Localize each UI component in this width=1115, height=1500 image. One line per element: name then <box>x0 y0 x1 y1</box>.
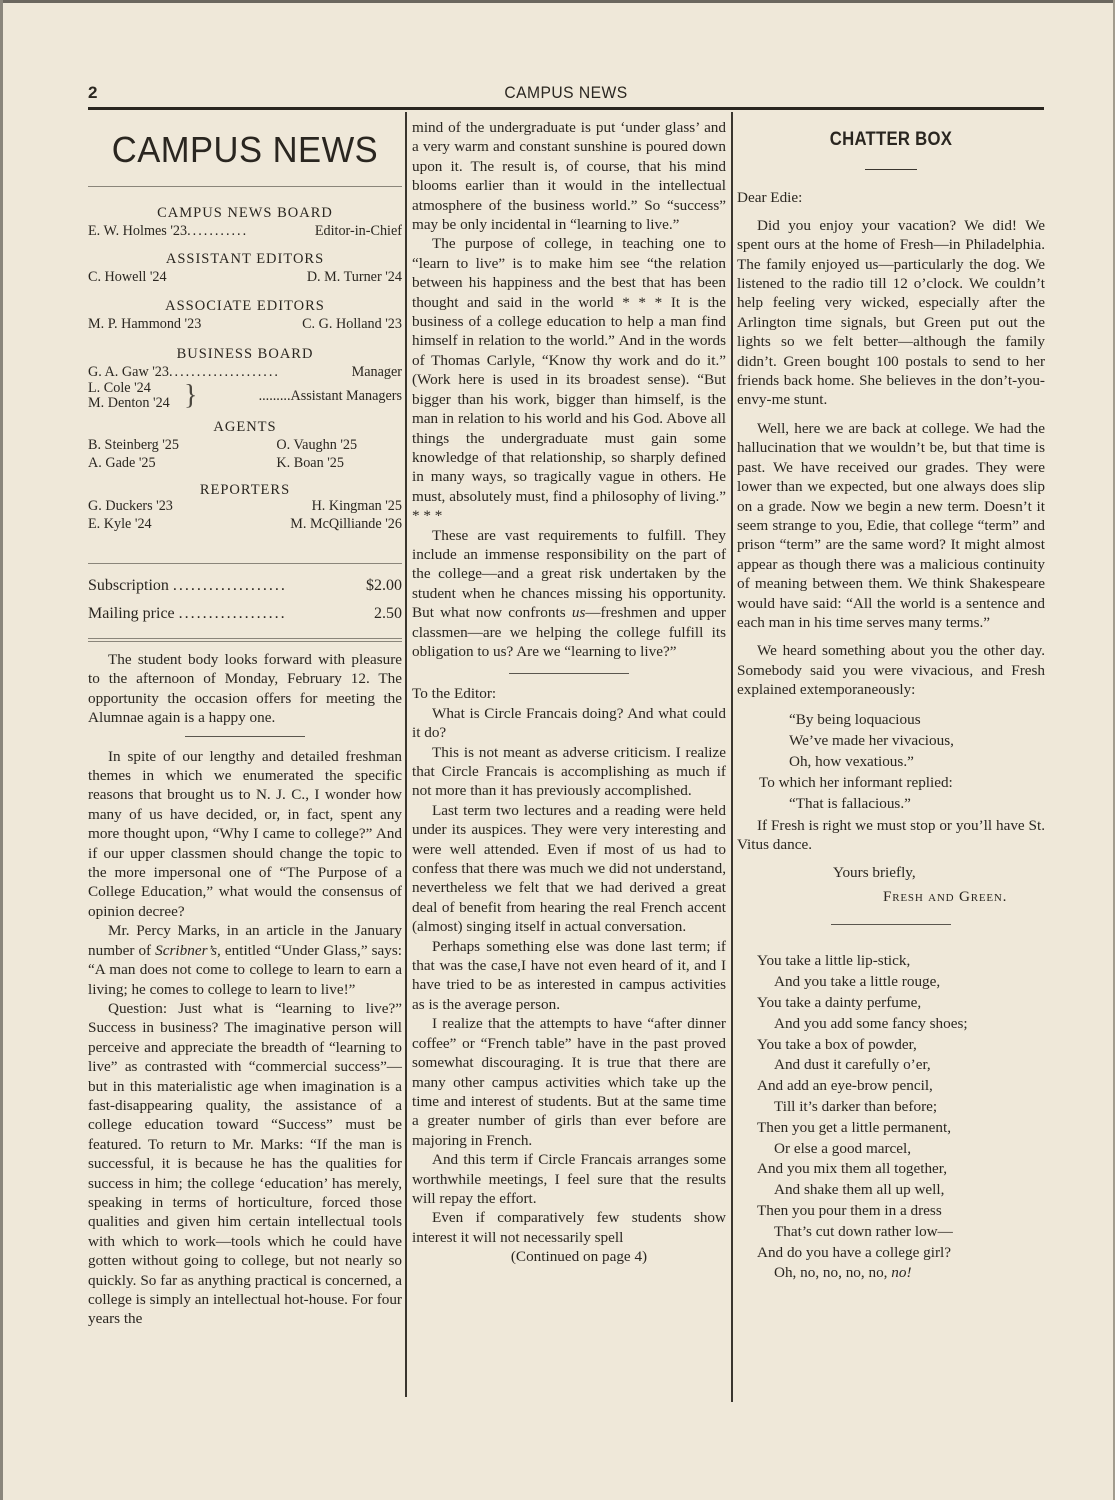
leader-dots: ........... <box>187 223 315 241</box>
manager-row: G. A. Gaw '23 .................... Manag… <box>88 364 402 382</box>
board-title: CAMPUS NEWS BOARD <box>88 203 402 223</box>
reporter: M. McQilliande '26 <box>290 516 402 534</box>
price-row-subscription: Subscription ................... $2.00 <box>88 572 402 600</box>
publication-title: Scribner’s, <box>155 942 221 959</box>
price-value: $2.00 <box>366 572 402 600</box>
poem-line: Then you pour them in a dress <box>737 1201 1045 1222</box>
reporters-row: E. Kyle '24 M. McQilliande '26 <box>88 516 402 534</box>
leader-dots: .................... <box>169 364 352 382</box>
assistant-managers-group: L. Cole '24 M. Denton '24 } .........Ass… <box>88 381 402 411</box>
poem-line: And add an eye-brow pencil, <box>737 1076 1045 1097</box>
continued-link[interactable]: (Continued on page 4) <box>412 1247 726 1266</box>
assistant-managers-role: .........Assistant Managers <box>199 389 402 404</box>
masthead-title: CAMPUS NEWS <box>94 128 395 172</box>
assistant-editor: C. Howell '24 <box>88 269 167 287</box>
poem-line: And you take a little rouge, <box>737 972 1045 993</box>
leader-dots: .................. <box>175 600 374 628</box>
assistant-manager: M. Denton '24 <box>88 396 184 411</box>
verse-line: We’ve made her vivacious, <box>737 730 1045 751</box>
assistant-editors-heading: ASSISTANT EDITORS <box>88 249 402 269</box>
associate-editors-row: M. P. Hammond '23 C. G. Holland '23 <box>88 316 402 334</box>
editorial-paragraph: These are vast requirements to fulfill. … <box>412 526 726 662</box>
column-right: CHATTER BOX Dear Edie: Did you enjoy you… <box>737 118 1045 1284</box>
reporters-heading: REPORTERS <box>88 482 402 498</box>
poem-line: And you mix them all together, <box>737 1159 1045 1180</box>
poem-line: And shake them all up well, <box>737 1180 1045 1201</box>
editor-in-chief-name: E. W. Holmes '23 <box>88 223 187 241</box>
editorial-paragraph: Question: Just what is “learning to live… <box>88 999 402 1329</box>
separator-rule <box>509 673 629 674</box>
alumnae-note: The student body looks forward with plea… <box>88 650 402 728</box>
running-header: 2 CAMPUS NEWS <box>88 83 1044 105</box>
associate-editor: M. P. Hammond '23 <box>88 316 201 334</box>
price-label: Mailing price <box>88 600 175 628</box>
signature: Fresh and Green. <box>737 884 1045 910</box>
editorial-paragraph: Mr. Percy Marks, in an article in the Ja… <box>88 921 402 999</box>
associate-editors-heading: ASSOCIATE EDITORS <box>88 296 402 316</box>
page-number: 2 <box>88 83 97 103</box>
column-divider-1 <box>405 112 407 1397</box>
verse-line: Oh, how vexatious.” <box>737 751 1045 772</box>
price-value: 2.50 <box>374 600 402 628</box>
agent: A. Gade '25 <box>88 455 261 473</box>
poem-line: Then you get a little permanent, <box>737 1118 1045 1139</box>
leader-dots: ................... <box>169 572 366 600</box>
editorial-paragraph: In spite of our lengthy and detailed fre… <box>88 747 402 922</box>
column-left: CAMPUS NEWS CAMPUS NEWS BOARD E. W. Holm… <box>88 118 402 1329</box>
agents-row: A. Gade '25 K. Boan '25 <box>88 455 402 473</box>
letter-paragraph: And this term if Circle Francais arrange… <box>412 1150 726 1208</box>
poem-line: That’s cut down rather low— <box>737 1222 1045 1243</box>
section-rule <box>88 563 402 564</box>
chatter-paragraph: We heard something about you the other d… <box>737 641 1045 699</box>
assistant-manager: L. Cole '24 <box>88 381 184 396</box>
letter-salutation: To the Editor: <box>412 684 726 703</box>
associate-editor: C. G. Holland '23 <box>302 316 402 334</box>
chatter-paragraph: Well, here we are back at college. We ha… <box>737 419 1045 632</box>
chatter-closing: If Fresh is right we must stop or you’ll… <box>737 816 1045 855</box>
letter-paragraph: Perhaps something else was done last ter… <box>412 937 726 1015</box>
price-list: Subscription ................... $2.00 M… <box>88 572 402 628</box>
title-rule <box>865 169 917 170</box>
reporter: G. Duckers '23 <box>88 498 173 516</box>
reporter: E. Kyle '24 <box>88 516 152 534</box>
business-board-heading: BUSINESS BOARD <box>88 344 402 364</box>
poem-line: Oh, no, no, no, no, no! <box>737 1263 1045 1284</box>
letter-paragraph: What is Circle Francais doing? And what … <box>412 704 726 743</box>
separator-rule <box>185 736 305 737</box>
assistant-editor: D. M. Turner '24 <box>307 269 402 287</box>
poem-line: You take a box of powder, <box>737 1035 1045 1056</box>
column-divider-2 <box>731 112 733 1402</box>
chatter-salutation: Dear Edie: <box>737 188 1045 207</box>
poem-line: And you add some fancy shoes; <box>737 1014 1045 1035</box>
chatter-box-title: CHATTER BOX <box>755 130 1026 149</box>
verse-line: “That is fallacious.” <box>737 793 1045 814</box>
double-rule <box>88 638 402 642</box>
letter-paragraph: Last term two lectures and a reading wer… <box>412 801 726 937</box>
separator-rule <box>831 924 951 925</box>
assistant-editors-row: C. Howell '24 D. M. Turner '24 <box>88 269 402 287</box>
letter-paragraph: I realize that the attempts to have “aft… <box>412 1014 726 1150</box>
chatter-verse: “By being loquacious We’ve made her viva… <box>737 709 1045 814</box>
editorial-paragraph-continued: mind of the undergraduate is put ‘under … <box>412 118 726 234</box>
poem-line: And do you have a college girl? <box>737 1243 1045 1264</box>
masthead-rule <box>88 186 402 187</box>
manager-role: Manager <box>352 364 402 382</box>
poem-line: And dust it carefully o’er, <box>737 1055 1045 1076</box>
brace-glyph: } <box>184 382 197 410</box>
poem-line: Till it’s darker than before; <box>737 1097 1045 1118</box>
price-label: Subscription <box>88 572 169 600</box>
scan-edge-top <box>0 0 1115 3</box>
agents-heading: AGENTS <box>88 417 402 437</box>
header-rule <box>88 107 1044 110</box>
editor-in-chief-role: Editor-in-Chief <box>315 223 402 241</box>
running-title: CAMPUS NEWS <box>126 83 1006 103</box>
scan-edge-left <box>0 0 3 1500</box>
verse-line: “By being loquacious <box>737 709 1045 730</box>
agent: K. Boan '25 <box>276 455 402 473</box>
letter-paragraph: Even if comparatively few students show … <box>412 1208 726 1247</box>
reporters-row: G. Duckers '23 H. Kingman '25 <box>88 498 402 516</box>
college-girl-poem: You take a little lip-stick, And you tak… <box>737 951 1045 1284</box>
price-row-mailing: Mailing price .................. 2.50 <box>88 600 402 628</box>
poem-line: Or else a good marcel, <box>737 1139 1045 1160</box>
agents-row: B. Steinberg '25 O. Vaughn '25 <box>88 437 402 455</box>
sign-off: Yours briefly, <box>737 862 1045 884</box>
chatter-paragraph: Did you enjoy your vacation? We did! We … <box>737 216 1045 410</box>
poem-line: You take a dainty perfume, <box>737 993 1045 1014</box>
column-middle: mind of the undergraduate is put ‘under … <box>412 118 726 1267</box>
manager-name: G. A. Gaw '23 <box>88 364 169 382</box>
poem-line: You take a little lip-stick, <box>737 951 1045 972</box>
letter-paragraph: This is not meant as adverse criticism. … <box>412 743 726 801</box>
agent: B. Steinberg '25 <box>88 437 261 455</box>
editor-in-chief-row: E. W. Holmes '23 ........... Editor-in-C… <box>88 223 402 241</box>
reporter: H. Kingman '25 <box>312 498 402 516</box>
editorial-paragraph: The purpose of college, in teaching one … <box>412 234 726 525</box>
verse-line: To which her informant replied: <box>737 772 1045 793</box>
agent: O. Vaughn '25 <box>276 437 402 455</box>
